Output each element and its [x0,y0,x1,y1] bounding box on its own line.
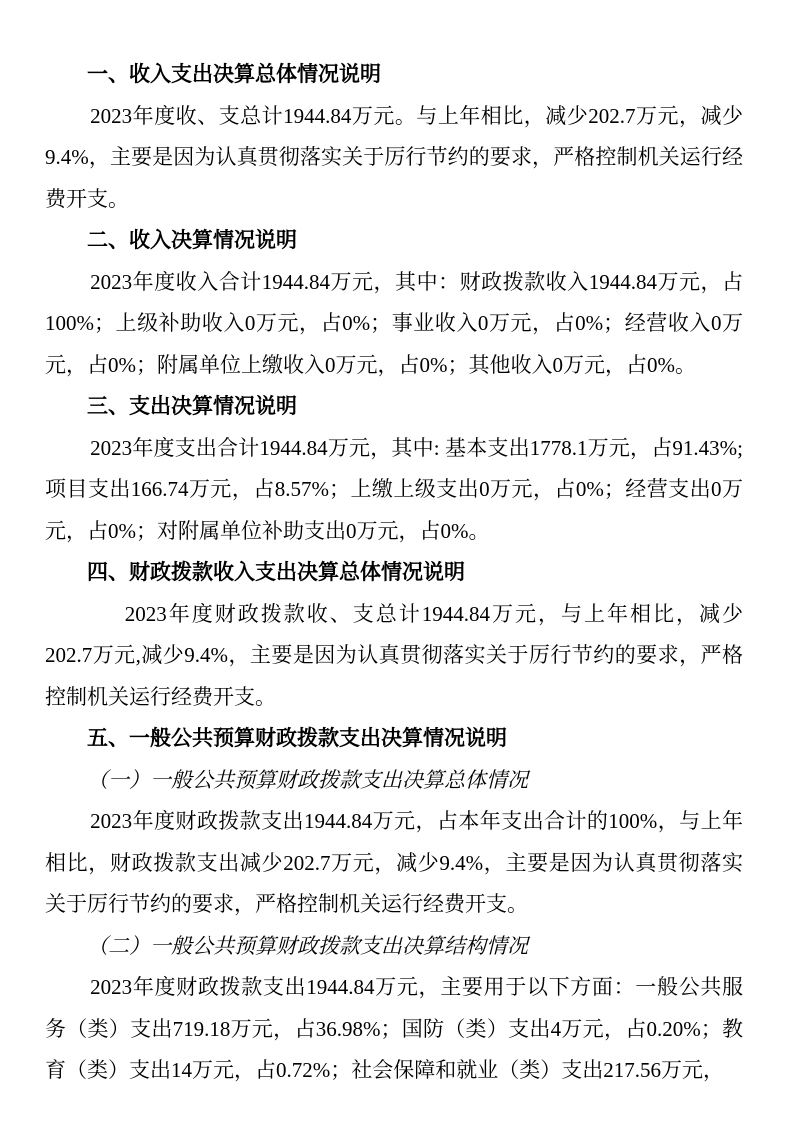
body-paragraph: 2023年度支出合计1944.84万元，其中: 基本支出1778.1万元，占91… [45,428,743,553]
body-paragraph: 2023年度财政拨款收、支总计1944.84万元，与上年相比，减少202.7万元… [45,594,743,719]
section-heading: 五、一般公共预算财政拨款支出决算情况说明 [45,718,743,760]
section-subheading: （二）一般公共预算财政拨款支出决算结构情况 [45,926,743,968]
section-heading: 四、财政拨款收入支出决算总体情况说明 [45,552,743,594]
document-page: 一、收入支出决算总体情况说明2023年度收、支总计1944.84万元。与上年相比… [0,0,793,1122]
section-heading: 三、支出决算情况说明 [45,386,743,428]
body-paragraph: 2023年度财政拨款支出1944.84万元，占本年支出合计的100%，与上年相比… [45,801,743,926]
body-paragraph: 2023年度收入合计1944.84万元，其中：财政拨款收入1944.84万元，占… [45,262,743,387]
body-paragraph: 2023年度财政拨款支出1944.84万元，主要用于以下方面：一般公共服务（类）… [45,967,743,1092]
body-paragraph: 2023年度收、支总计1944.84万元。与上年相比，减少202.7万元，减少9… [45,96,743,221]
section-subheading: （一）一般公共预算财政拨款支出决算总体情况 [45,760,743,802]
section-heading: 一、收入支出决算总体情况说明 [45,54,743,96]
section-heading: 二、收入决算情况说明 [45,220,743,262]
document-body: 一、收入支出决算总体情况说明2023年度收、支总计1944.84万元。与上年相比… [45,54,743,1092]
